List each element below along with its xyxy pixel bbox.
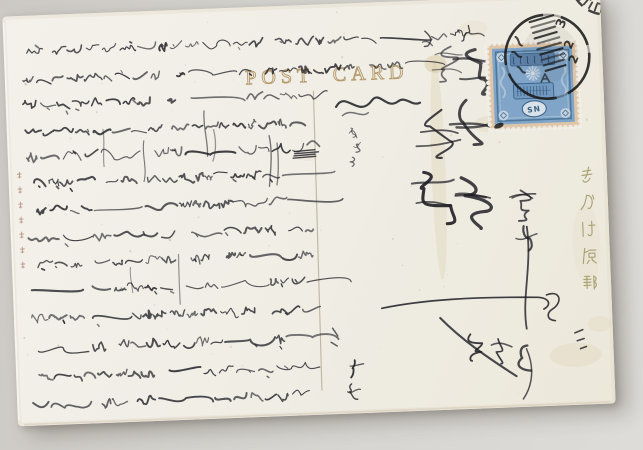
publisher-imprint [17,172,25,268]
photo-backdrop: POST CARD SN 322 きかは便郵 [0,0,643,450]
post-card-title: POST CARD [245,61,409,89]
postcard: POST CARD SN 322 きかは便郵 [2,0,615,426]
postmark-fragment [569,0,616,16]
divider-line [310,91,325,391]
